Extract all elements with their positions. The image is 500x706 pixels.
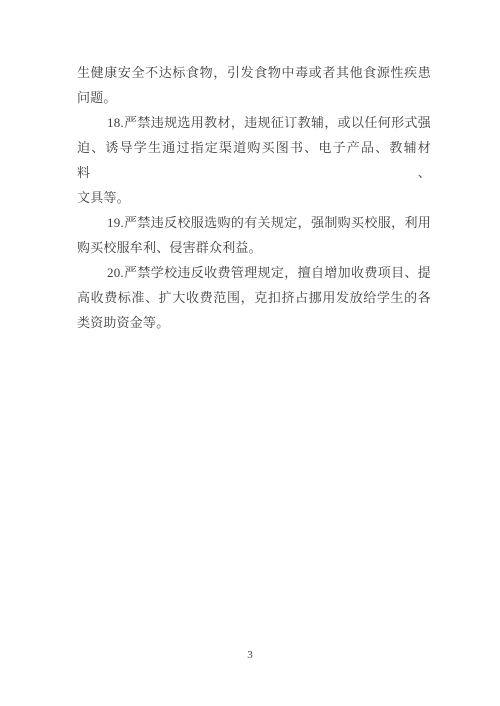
text-line: 生健康安全不达标食物，引发食物中毒或者其他食源性疾患	[77, 60, 431, 85]
text-line: 类资助资金等。	[77, 310, 431, 335]
document-text-block: 生健康安全不达标食物，引发食物中毒或者其他食源性疾患 问题。 18.严禁违规选用…	[77, 60, 431, 335]
text-line: 问题。	[77, 85, 431, 110]
text-line-item-19: 19.严禁违反校服选购的有关规定，强制购买校服，利用	[77, 210, 431, 235]
text-line: 高收费标准、扩大收费范围，克扣挤占挪用发放给学生的各	[77, 285, 431, 310]
page-number: 3	[0, 649, 500, 661]
text-line-item-20: 20.严禁学校违反收费管理规定，擅自增加收费项目、提	[77, 260, 431, 285]
text-line: 购买校服牟利、侵害群众利益。	[77, 235, 431, 260]
text-line-item-18: 18.严禁违规选用教材，违规征订教辅，或以任何形式强	[77, 110, 431, 135]
text-line: 文具等。	[77, 185, 431, 210]
text-line: 迫、诱导学生通过指定渠道购买图书、电子产品、教辅材料、	[77, 135, 431, 185]
document-page: 生健康安全不达标食物，引发食物中毒或者其他食源性疾患 问题。 18.严禁违规选用…	[0, 0, 500, 706]
